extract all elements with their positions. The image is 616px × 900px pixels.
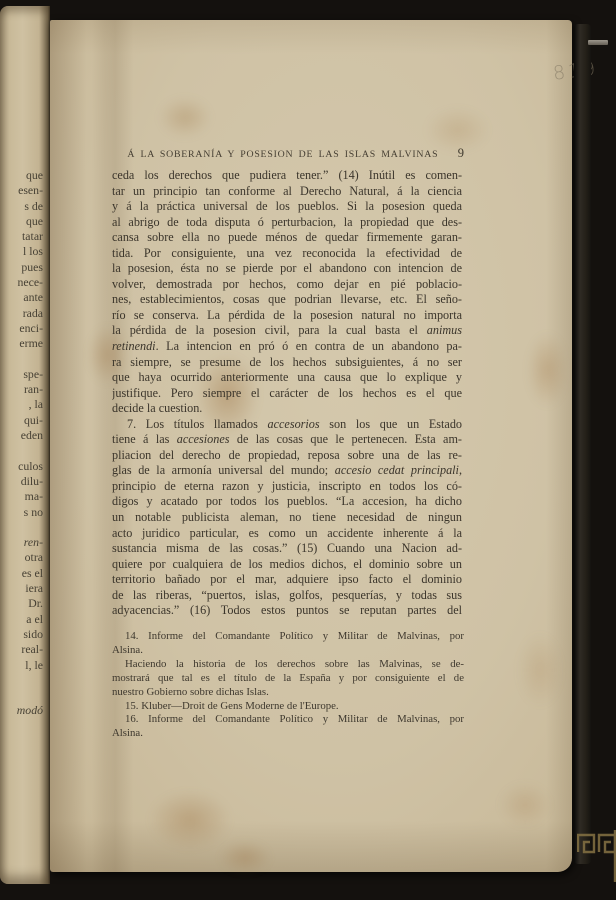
fragment-line: rada (0, 306, 43, 321)
text-line: río se conserva. La pérdida de la posesi… (112, 308, 462, 324)
text-line: Alsina. (112, 727, 464, 741)
fragment-line: ran- (0, 382, 43, 397)
page-number: 9 (458, 146, 464, 161)
book-photo: queesen-s dequetatarl lospuesnece-antera… (0, 0, 616, 900)
text-line: que haya ocurrido anteriormente una caus… (112, 370, 462, 386)
fragment-line: sido (0, 627, 43, 642)
fragment-line: spe- (0, 367, 43, 382)
fragment-line: eden (0, 428, 43, 443)
text-line: tar un principio tan conforme al Derecho… (112, 184, 462, 200)
foxing-stain (135, 780, 245, 860)
text-line: la posesion, ésta no se pierde por el ab… (112, 261, 462, 277)
fragment-line: que (0, 214, 43, 229)
text-line: cansa sobre ella no puede ménos de queda… (112, 230, 462, 246)
binder-clasp (588, 40, 608, 45)
fragment-line: esen- (0, 183, 43, 198)
text-line: Alsina. (112, 644, 464, 658)
text-line: principio de eterna razon y justicia, in… (112, 479, 462, 495)
fragment-line (0, 520, 43, 535)
facing-page-text-fragments: queesen-s dequetatarl lospuesnece-antera… (0, 168, 43, 719)
body-text: ceda los derechos que pudiera tener.” (1… (112, 168, 462, 619)
fragment-line: pues (0, 260, 43, 275)
text-line: un notable publicista aleman, no tiene n… (112, 510, 462, 526)
fragment-line: que (0, 168, 43, 183)
text-line: Haciendo la historia de los derechos sob… (112, 658, 464, 672)
fragment-line: enci- (0, 321, 43, 336)
text-line: tiene á las accesiones de las cosas que … (112, 432, 462, 448)
fragment-line (0, 352, 43, 367)
facing-page-edge: queesen-s dequetatarl lospuesnece-antera… (0, 6, 50, 884)
text-line: tida. Por consiguiente, una vez reconoci… (112, 246, 462, 262)
fragment-line: l los (0, 244, 43, 259)
fragment-line: otra (0, 550, 43, 565)
fragment-line: real- (0, 642, 43, 657)
foxing-stain (520, 320, 575, 420)
text-line: y á la práctica universal de los pueblos… (112, 199, 462, 215)
text-line: 16. Informe del Comandante Político y Mi… (112, 713, 464, 727)
fragment-line: iera (0, 581, 43, 596)
fragment-line: a el (0, 612, 43, 627)
fragment-line: nece- (0, 275, 43, 290)
text-line: nuestro Gobierno sobre dichas Islas. (112, 686, 464, 700)
text-line: 14. Informe del Comandante Político y Mi… (112, 630, 464, 644)
text-line: digos y acatado por todos los pueblos. “… (112, 494, 462, 510)
foxing-stain (490, 775, 560, 835)
foxing-stain (150, 90, 220, 145)
text-line: 7. Los títulos llamados accesorios son l… (112, 417, 462, 433)
fragment-line: ma- (0, 489, 43, 504)
text-line: nes, establecimientos, cosas que podrian… (112, 292, 462, 308)
fragment-line: erme (0, 336, 43, 351)
text-line: quiere por cualquiera de los medios dich… (112, 557, 462, 573)
text-line: decide la cuestion. (112, 401, 462, 417)
gold-key-ornament (577, 830, 616, 882)
text-line: pliacion del derecho de propiedad, repos… (112, 448, 462, 464)
text-line: de las riberas, “puertos, islas, golfos,… (112, 588, 462, 604)
fragment-line: Dr. (0, 596, 43, 611)
fragment-line: dilu- (0, 474, 43, 489)
running-head: Á LA SOBERANÍA Y POSESION DE LAS ISLAS M… (112, 146, 464, 161)
fragment-line: qui- (0, 413, 43, 428)
binder-cover-edge (574, 24, 591, 864)
text-line: ceda los derechos que pudiera tener.” (1… (112, 168, 462, 184)
fragment-line (0, 443, 43, 458)
text-line: glas de la armonía universal del mundo; … (112, 463, 462, 479)
fragment-line (0, 673, 43, 688)
text-line: volver, demostrada por hechos, como deja… (112, 277, 462, 293)
fragment-line: , la (0, 397, 43, 412)
text-line: territorio bañado por el mar, adquiere i… (112, 572, 462, 588)
text-line: mostrará que tal es el título de la Espa… (112, 672, 464, 686)
text-line: sustancia misma de las cosas.” (15) Cuan… (112, 541, 462, 557)
foxing-stain (210, 835, 280, 880)
text-line: justifique. Pero siempre el carácter de … (112, 386, 462, 402)
fragment-line: s no (0, 505, 43, 520)
fragment-line: ren- (0, 535, 43, 550)
fragment-line: s de (0, 199, 43, 214)
fragment-line: culos (0, 459, 43, 474)
fragment-line (0, 688, 43, 703)
text-line: la pérdida de la posesion civil, para la… (112, 323, 462, 339)
text-line: ra siempre, se presume de los hechos sub… (112, 355, 462, 371)
text-line: al abrigo de toda disputa ó perturbacion… (112, 215, 462, 231)
text-line: retinendi. La intencion en pró ó en cont… (112, 339, 462, 355)
text-line: adyacencias.” (16) Todos estos puntos se… (112, 603, 462, 619)
fragment-line: ante (0, 290, 43, 305)
foxing-stain (510, 620, 570, 720)
text-line: acto juridico particular, es como un acc… (112, 526, 462, 542)
fragment-line: tatar (0, 229, 43, 244)
fragment-line: l, le (0, 658, 43, 673)
fragment-line: modó (0, 703, 43, 718)
fragment-line: es el (0, 566, 43, 581)
page-title: Á LA SOBERANÍA Y POSESION DE LAS ISLAS M… (112, 149, 454, 160)
book-page: Á LA SOBERANÍA Y POSESION DE LAS ISLAS M… (50, 20, 572, 872)
footnote-section: 14. Informe del Comandante Político y Mi… (112, 630, 464, 741)
text-line: 15. Kluber—Droit de Gens Moderne de l'Eu… (112, 700, 464, 714)
